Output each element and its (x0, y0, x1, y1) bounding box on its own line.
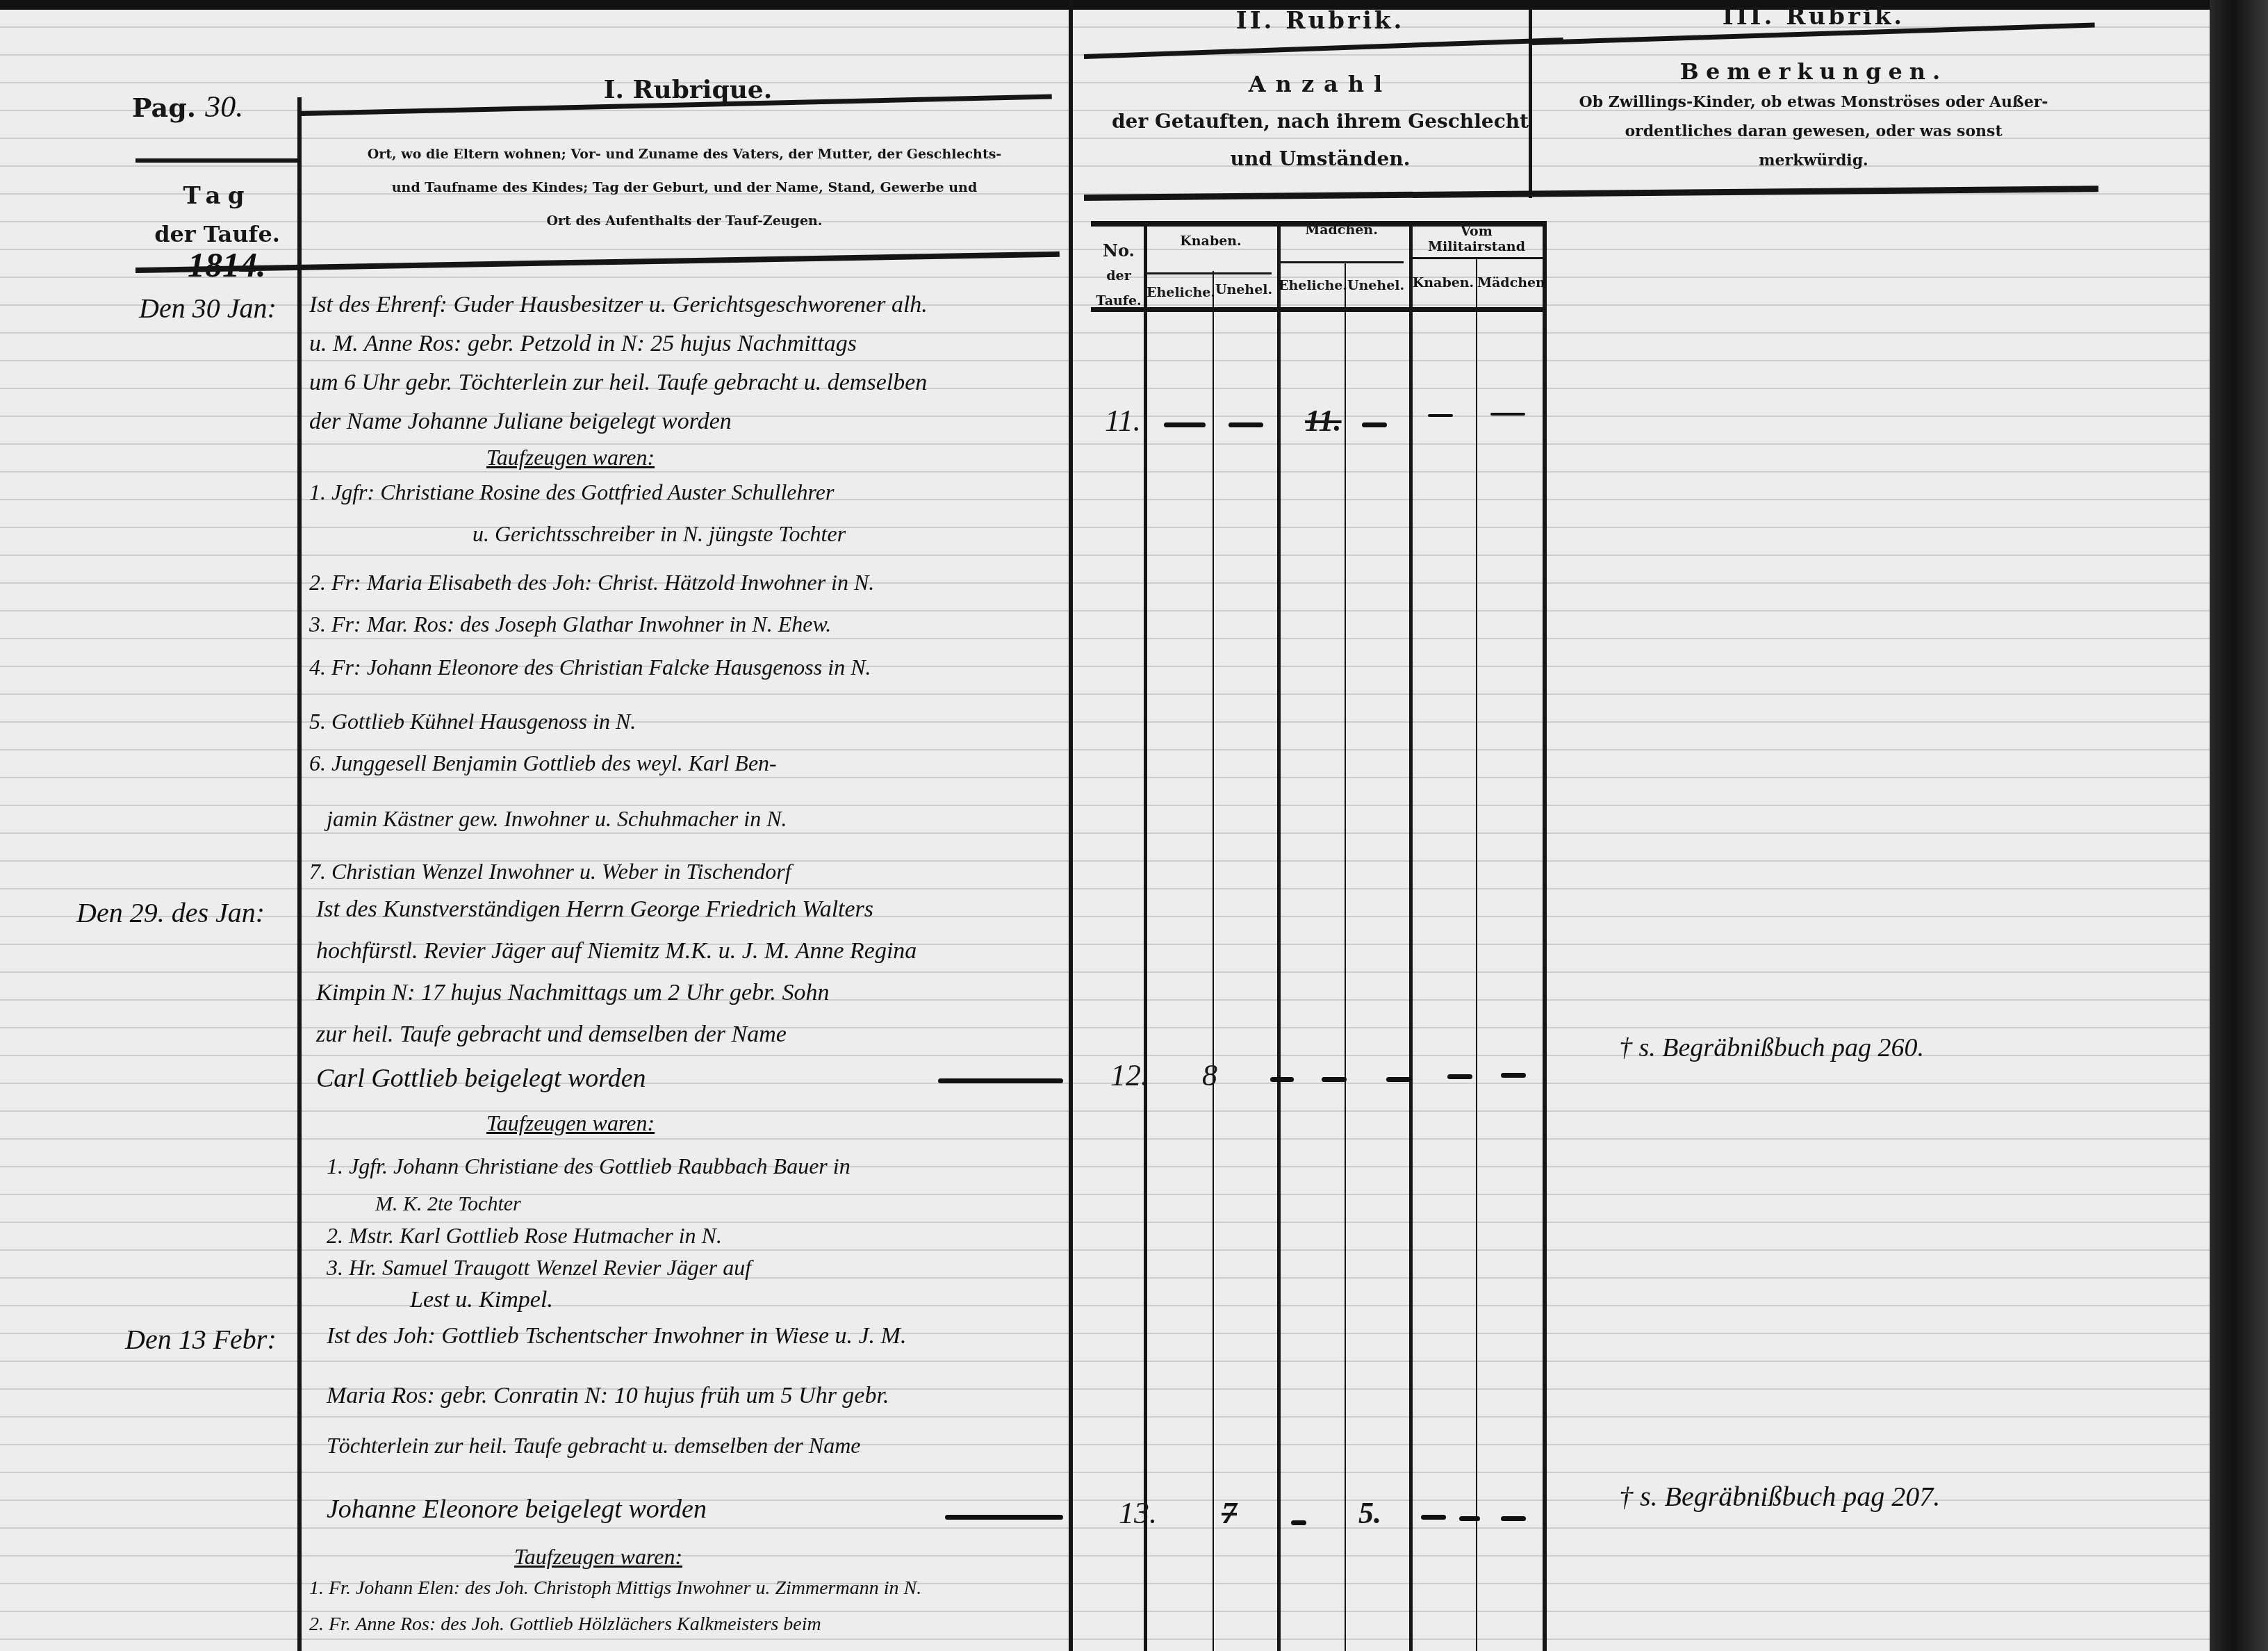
page-label: Pag. (132, 92, 196, 123)
entry-3-no: 13. (1119, 1495, 1157, 1531)
divider-rubric1-2 (1069, 0, 1073, 1651)
entry-3-maedchen-ehel: 5. (1358, 1495, 1381, 1531)
page-number: Pag. 30. (132, 89, 243, 124)
entry-2-line: M. K. 2te Tochter (375, 1192, 521, 1216)
sub-maedchen-eheliche: Eheliche. (1279, 278, 1343, 293)
entry-2-line: Kimpin N: 17 hujus Nachmittags um 2 Uhr … (316, 980, 830, 1006)
entry-3-date: Den 13 Febr: (125, 1323, 277, 1356)
sub-maedchen-unehel: Unehel. (1345, 278, 1407, 293)
entry-3-mil-knaben (1459, 1516, 1480, 1521)
entry-3-line: Töchterlein zur heil. Taufe gebracht u. … (327, 1433, 861, 1459)
entry-1-line: 7. Christian Wenzel Inwohner u. Weber in… (309, 859, 791, 885)
entry-2-no: 12. (1110, 1058, 1149, 1093)
rubric2-desc-1: Anzahl (1084, 71, 1556, 97)
entry-1-line: 2. Fr: Maria Elisabeth des Joh: Christ. … (309, 570, 874, 595)
entry-3-line: Maria Ros: gebr. Conratin N: 10 hujus fr… (327, 1383, 889, 1409)
entry-3-line: Johanne Eleonore beigelegt worden (327, 1494, 707, 1525)
entry-1-line: 4. Fr: Johann Eleonore des Christian Fal… (309, 655, 871, 680)
entry-1-date: Den 30 Jan: (139, 292, 277, 325)
sub-knaben-eheliche: Eheliche. (1147, 285, 1211, 300)
entry-1-maedchen-ehel: 11. (1305, 403, 1342, 438)
entry-1-line: 1. Jgfr: Christiane Rosine des Gottfried… (309, 479, 834, 505)
entry-2-mil-maedchen (1501, 1073, 1526, 1078)
entry-2-line: hochfürstl. Revier Jäger auf Niemitz M.K… (316, 938, 917, 964)
entry-3-line: 1. Fr. Johann Elen: des Joh. Christoph M… (309, 1577, 921, 1600)
entry-2-maedchen-unehel (1386, 1077, 1411, 1082)
entry-1-line: um 6 Uhr gebr. Töchterlein zur heil. Tau… (309, 370, 927, 396)
rubric1-desc-2: und Taufname des Kindes; Tag der Geburt,… (306, 172, 1063, 203)
entry-2-knaben-ehel: 8 (1202, 1058, 1217, 1093)
col-line-knaben (1277, 222, 1281, 1651)
divider-rubric2-3-header (1529, 7, 1532, 198)
entry-1-line: 5. Gottlieb Kühnel Hausgenoss in N. (309, 709, 636, 734)
entry-3-maedchen-unehel (1421, 1515, 1446, 1520)
book-binding-edge (2210, 0, 2268, 1651)
rubric3-desc-2: Ob Zwillings-Kinder, ob etwas Monströses… (1536, 93, 2092, 111)
sub-mil-knaben: Knaben. (1411, 275, 1476, 290)
sub-no-taufe: Taufe. (1092, 293, 1145, 309)
entry-2-line: 2. Mstr. Karl Gottlieb Rose Hutmacher in… (327, 1223, 722, 1249)
entry-1-mil-maedchen (1490, 413, 1525, 416)
entry-1-line: 3. Fr: Mar. Ros: des Joseph Glathar Inwo… (309, 611, 831, 637)
rubric1-desc-1: Ort, wo die Eltern wohnen; Vor- und Zuna… (306, 139, 1063, 170)
sub-militairstand: Vom Militairstand (1411, 224, 1543, 254)
entry-1-line: der Name Johanne Juliane beigelegt worde… (309, 409, 732, 435)
rubric2-desc-2: der Getauften, nach ihrem Geschlecht (1084, 110, 1556, 133)
rubric3-desc-1: Bemerkungen. (1536, 58, 2092, 85)
entry-2-line: Lest u. Kimpel. (410, 1287, 553, 1313)
entry-2-line: Carl Gottlieb beigelegt worden (316, 1063, 646, 1094)
entry-3-knaben-ehel: 7 (1222, 1495, 1237, 1531)
header-rule-left (135, 158, 299, 163)
entry-2-sponsors-heading: Taufzeugen waren: (486, 1110, 655, 1136)
entry-3-remark: † s. Begräbnißbuch pag 207. (1619, 1480, 1940, 1513)
rubric2-title: II. Rubrik. (1084, 7, 1556, 35)
entry-2-date: Den 29. des Jan: (76, 896, 265, 929)
entry-3-knaben-unehel (1291, 1520, 1306, 1525)
col-date-title-1: Tag (135, 182, 299, 210)
col-line-mil (1543, 221, 1547, 1651)
sub-rule-knaben (1147, 272, 1272, 274)
entry-1-line: Ist des Ehrenf: Guder Hausbesitzer u. Ge… (309, 292, 928, 318)
entry-2-fill-dash (938, 1078, 1063, 1083)
sub-rule-maedchen (1279, 261, 1404, 263)
rubric3-desc-4: merkwürdig. (1536, 151, 2092, 170)
entry-1-line: jamin Kästner gew. Inwohner u. Schuhmach… (327, 806, 787, 832)
entry-3-line: 2. Fr. Anne Ros: des Joh. Gottlieb Hölzl… (309, 1613, 821, 1636)
rubric2-desc-3: und Umständen. (1084, 147, 1556, 170)
entry-1-line: u. M. Anne Ros: gebr. Petzold in N: 25 h… (309, 331, 857, 357)
entry-3-line: Ist des Joh: Gottlieb Tschentscher Inwoh… (327, 1323, 906, 1349)
entry-1-line: 6. Junggesell Benjamin Gottlieb des weyl… (309, 750, 777, 776)
page-number-value: 30. (205, 90, 243, 124)
col-date-title-2: der Taufe. (135, 221, 299, 247)
col-line-knaben-mid (1213, 271, 1214, 1651)
entry-1-no: 11. (1105, 403, 1141, 438)
year: 1814. (188, 245, 266, 285)
col-line-maedchen-mid (1345, 261, 1346, 1651)
entry-2-line: 3. Hr. Samuel Traugott Wenzel Revier Jäg… (327, 1255, 751, 1281)
entry-1-knaben-unehel (1228, 422, 1263, 427)
entry-1-maedchen-unehel (1362, 422, 1387, 427)
entry-1-line: u. Gerichtsschreiber in N. jüngste Tocht… (472, 521, 846, 547)
sub-no-der: der (1092, 268, 1145, 284)
entry-2-remark: † s. Begräbnißbuch pag 260. (1619, 1033, 1924, 1063)
sub-knaben-unehel: Unehel. (1213, 282, 1275, 297)
entry-2-line: Ist des Kunstverständigen Herrn George F… (316, 896, 873, 923)
rubric1-desc-3: Ort des Aufenthalts der Tauf-Zeugen. (306, 206, 1063, 236)
sub-no: No. (1092, 240, 1145, 261)
entry-2-line: zur heil. Taufe gebracht und demselben d… (316, 1021, 787, 1048)
rubric3-desc-3: ordentliches daran gewesen, oder was son… (1536, 122, 2092, 140)
entry-3-sponsors-heading: Taufzeugen waren: (514, 1544, 682, 1570)
entry-2-maedchen-ehel (1322, 1077, 1347, 1082)
entry-2-knaben-unehel (1270, 1077, 1294, 1082)
entry-1-mil-knaben (1428, 414, 1453, 417)
sub-knaben: Knaben. (1147, 233, 1275, 249)
col-line-mil-mid (1476, 257, 1477, 1651)
entry-1-sponsors-heading: Taufzeugen waren: (486, 445, 655, 470)
divider-date-col (297, 97, 302, 1651)
subtable-rule-bottom (1091, 307, 1543, 312)
col-line-no (1144, 222, 1147, 1651)
entry-2-mil-knaben (1447, 1074, 1472, 1079)
entry-3-mil-maedchen (1501, 1516, 1526, 1521)
entry-2-line: 1. Jgfr. Johann Christiane des Gottlieb … (327, 1153, 850, 1179)
col-line-maedchen (1409, 221, 1413, 1651)
sub-mil-maedchen: Mädchen (1477, 275, 1543, 290)
entry-3-fill-dash (945, 1515, 1063, 1520)
entry-1-knaben-ehel (1164, 422, 1206, 427)
sub-maedchen: Mädchen. (1277, 222, 1406, 238)
